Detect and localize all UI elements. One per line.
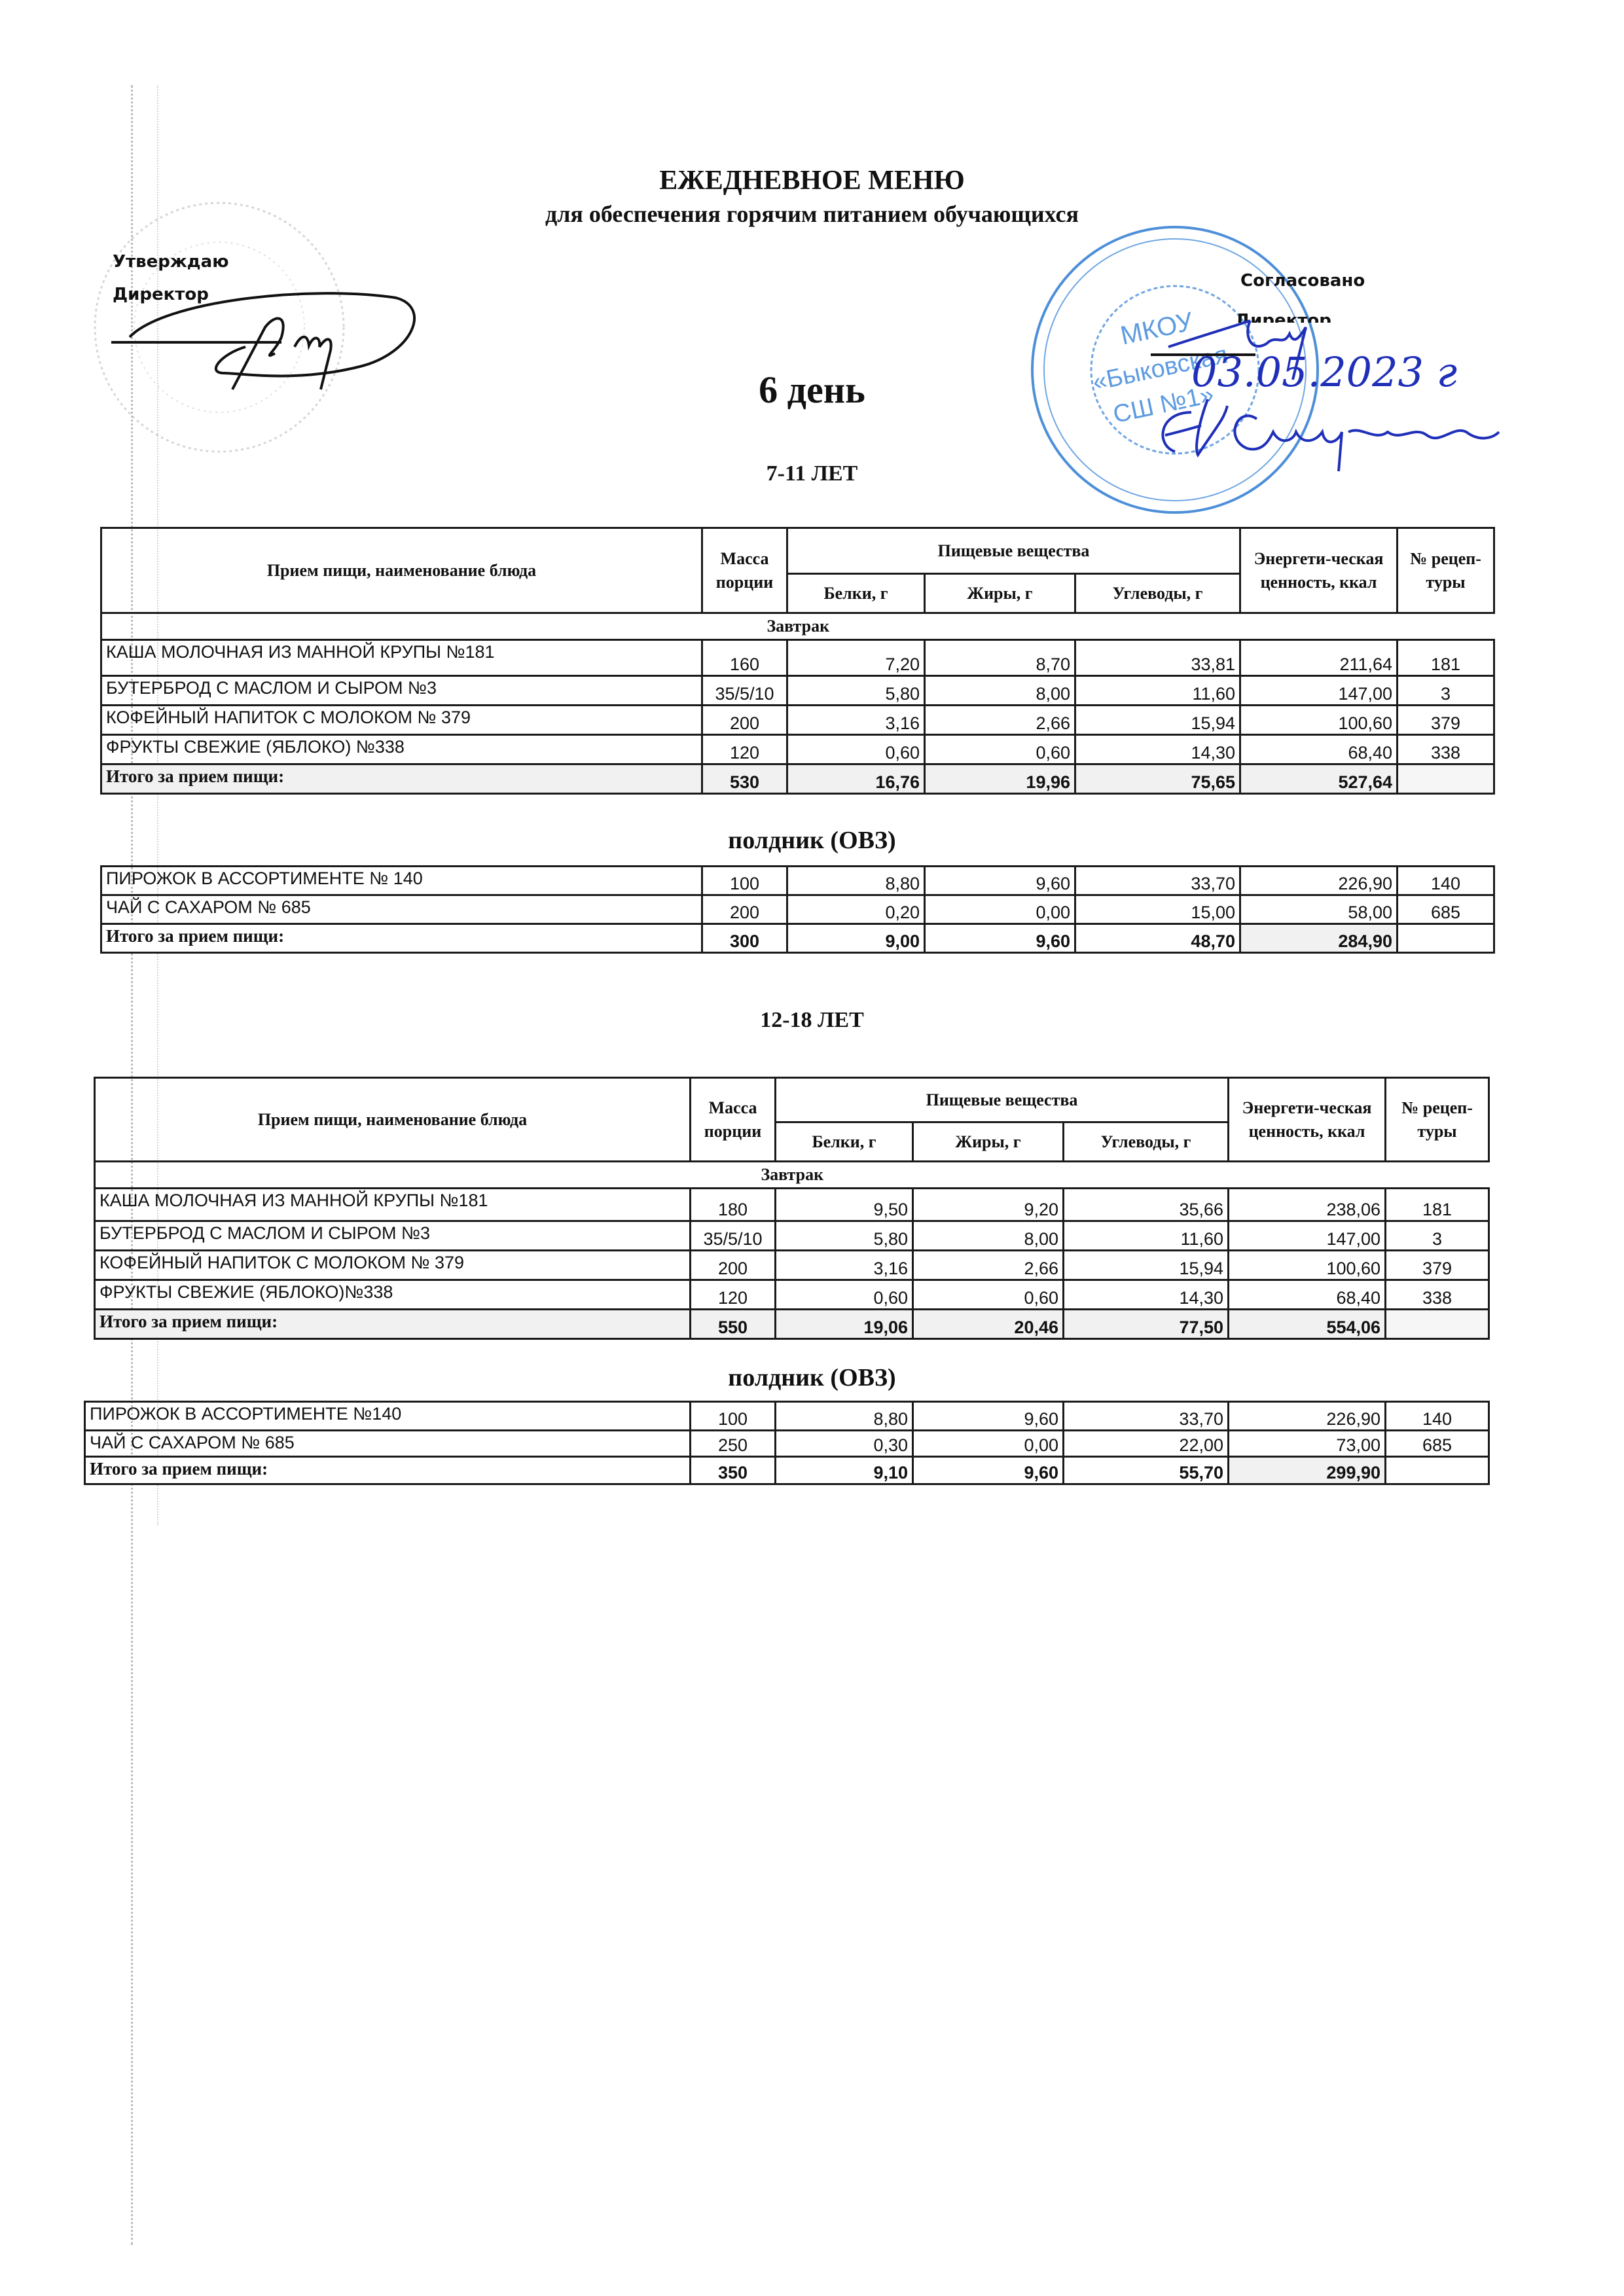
approve-role: Директор	[113, 285, 209, 304]
table-row: БУТЕРБРОД С МАСЛОМ И СЫРОМ №3 35/5/10 5,…	[95, 1221, 1489, 1251]
table-row: КОФЕЙНЫЙ НАПИТОК С МОЛОКОМ № 379 200 3,1…	[95, 1251, 1489, 1280]
table-total-row: Итого за прием пищи: 550 19,06 20,46 77,…	[95, 1310, 1489, 1339]
col-header-energy: Энергети-ческая ценность, ккал	[1229, 1078, 1386, 1162]
table-row: КАША МОЛОЧНАЯ ИЗ МАННОЙ КРУПЫ №181 160 7…	[101, 640, 1494, 676]
faded-stamp-left	[88, 177, 363, 478]
table-row: КАША МОЛОЧНАЯ ИЗ МАННОЙ КРУПЫ №181 180 9…	[95, 1189, 1489, 1221]
day-heading: 6 день	[0, 368, 1624, 412]
meal-group-breakfast: Завтрак	[101, 613, 1494, 640]
table-row: ПИРОЖОК В АССОРТИМЕНТЕ №140 100 8,80 9,6…	[85, 1402, 1489, 1431]
table-total-row: Итого за прием пищи: 300 9,00 9,60 48,70…	[101, 924, 1494, 953]
col-header-protein: Белки, г	[776, 1122, 913, 1162]
table-row: ФРУКТЫ СВЕЖИЕ (ЯБЛОКО)№338 120 0,60 0,60…	[95, 1280, 1489, 1310]
col-header-carbs: Углеводы, г	[1075, 574, 1240, 613]
table-row: БУТЕРБРОД С МАСЛОМ И СЫРОМ №3 35/5/10 5,…	[101, 676, 1494, 706]
meal-group-breakfast: Завтрак	[95, 1162, 1489, 1189]
table-total-row: Итого за прием пищи: 530 16,76 19,96 75,…	[101, 764, 1494, 794]
menu-table-12-18-snack: ПИРОЖОК В АССОРТИМЕНТЕ №140 100 8,80 9,6…	[84, 1401, 1490, 1485]
table-row: КОФЕЙНЫЙ НАПИТОК С МОЛОКОМ № 379 200 3,1…	[101, 706, 1494, 735]
menu-table-12-18: Прием пищи, наименование блюда Масса пор…	[94, 1077, 1490, 1340]
col-header-carbs: Углеводы, г	[1064, 1122, 1229, 1162]
col-header-mass: Масса порции	[702, 528, 787, 613]
col-header-recipe: № рецеп-туры	[1386, 1078, 1489, 1162]
col-header-fat: Жиры, г	[925, 574, 1075, 613]
agree-signature-line	[1151, 353, 1255, 356]
age-group-heading: 12-18 ЛЕТ	[0, 1008, 1624, 1033]
agree-label: Согласовано	[1240, 271, 1365, 291]
table-total-row: Итого за прием пищи: 350 9,10 9,60 55,70…	[85, 1457, 1489, 1484]
col-header-fat: Жиры, г	[913, 1122, 1064, 1162]
approve-label: Утверждаю	[113, 252, 229, 272]
table-row: ФРУКТЫ СВЕЖИЕ (ЯБЛОКО) №338 120 0,60 0,6…	[101, 735, 1494, 764]
col-header-recipe: № рецеп-туры	[1398, 528, 1494, 613]
col-header-nutrients: Пищевые вещества	[776, 1078, 1229, 1122]
meal-group-snack: полдник (ОВЗ)	[0, 1363, 1624, 1392]
col-header-nutrients: Пищевые вещества	[787, 528, 1240, 574]
col-header-meal: Прием пищи, наименование блюда	[95, 1078, 691, 1162]
agree-role: Директор	[1235, 311, 1331, 323]
col-header-meal: Прием пищи, наименование блюда	[101, 528, 702, 613]
col-header-protein: Белки, г	[787, 574, 925, 613]
menu-table-7-11-snack: ПИРОЖОК В АССОРТИМЕНТЕ № 140 100 8,80 9,…	[100, 865, 1495, 954]
table-row: ЧАЙ С САХАРОМ № 685 250 0,30 0,00 22,00 …	[85, 1431, 1489, 1457]
menu-table-7-11: Прием пищи, наименование блюда Масса пор…	[100, 527, 1495, 795]
meal-group-snack: полдник (ОВЗ)	[0, 826, 1624, 855]
table-row: ПИРОЖОК В АССОРТИМЕНТЕ № 140 100 8,80 9,…	[101, 867, 1494, 895]
age-group-heading: 7-11 ЛЕТ	[0, 461, 1624, 486]
approve-signature-line	[111, 341, 281, 344]
svg-text:МКОУ: МКОУ	[1118, 307, 1196, 350]
col-header-energy: Энергети-ческая ценность, ккал	[1240, 528, 1398, 613]
col-header-mass: Масса порции	[691, 1078, 776, 1162]
table-row: ЧАЙ С САХАРОМ № 685 200 0,20 0,00 15,00 …	[101, 895, 1494, 924]
